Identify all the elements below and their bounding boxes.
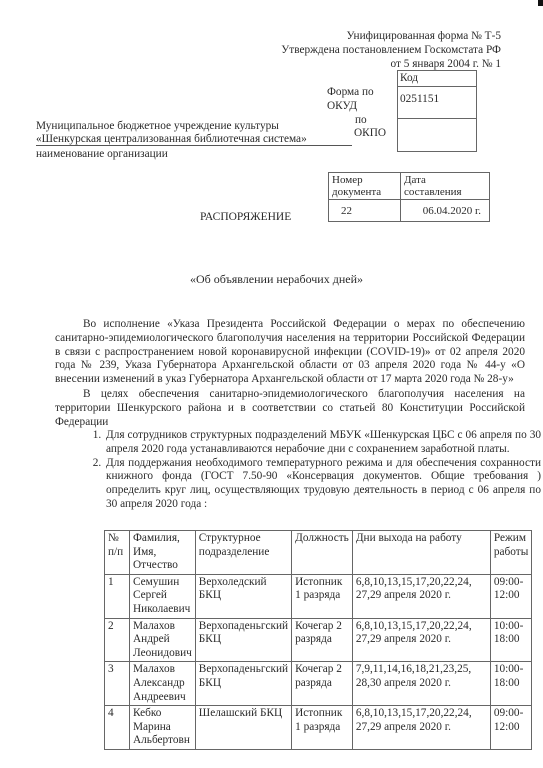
cell-workdays: 6,8,10,13,15,17,20,22,24, 27,29 апреля 2… [352, 706, 490, 750]
cell-schedule: 09:00-12:00 [490, 574, 531, 618]
order-item: Для сотрудников структурных подразделени… [104, 429, 541, 457]
okud-label-2: ОКУД [327, 100, 357, 112]
cell-department: Верхоледский БКЦ [195, 574, 291, 618]
table-header-row: № п/п Фамилия, Имя, Отчество Структурное… [105, 531, 532, 575]
form-header-line3: от 5 января 2004 г. № 1 [390, 58, 501, 70]
order-item: Для поддержания необходимого температурн… [104, 457, 541, 512]
cell-schedule: 09:00-12:00 [490, 706, 531, 750]
col-schedule: Режим работы [490, 531, 531, 575]
form-header-line2: Утверждена постановлением Госкомстата РФ [281, 44, 501, 56]
number-label-1: Номер [332, 174, 363, 186]
cell-position: Кочегар 2 разряда [292, 618, 353, 662]
codes-box: Код 0251151 [397, 70, 477, 152]
cell-name: Малахов Александр Андреевич [130, 662, 196, 706]
table-row: 3 Малахов Александр Андреевич Верхопаден… [105, 662, 532, 706]
org-name-line1: Муниципальное бюджетное учреждение культ… [36, 120, 279, 132]
cell-workdays: 6,8,10,13,15,17,20,22,24, 27,29 апреля 2… [352, 574, 490, 618]
paragraph-2: В целях обеспечения санитарно-эпидемиоло… [55, 388, 525, 429]
document-number: 22 [329, 200, 401, 222]
org-caption: наименование организации [36, 148, 168, 160]
cell-number: 3 [105, 662, 130, 706]
document-number-table: Номер документа Дата составления 22 06.0… [328, 172, 490, 222]
table-row: 2 Малахов Андрей Леонидович Верхопаденьг… [105, 618, 532, 662]
cell-schedule: 10:00-18:00 [490, 618, 531, 662]
okpo-value [398, 119, 476, 151]
order-items: Для сотрудников структурных подразделени… [88, 429, 541, 512]
table-row: 1 Семушин Сергей Николаевич Верхоледский… [105, 574, 532, 618]
cell-name: Кебко Марина Альбертовн [130, 706, 196, 750]
cell-number: 4 [105, 706, 130, 750]
cell-number: 2 [105, 618, 130, 662]
okpo-label-1: по [355, 114, 367, 126]
staff-table: № п/п Фамилия, Имя, Отчество Структурное… [104, 530, 532, 750]
cell-name: Малахов Андрей Леонидович [130, 618, 196, 662]
form-header-line1: Унифицированная форма № Т-5 [347, 30, 501, 42]
table-row: 4 Кебко Марина Альбертовн Шелашский БКЦ … [105, 706, 532, 750]
scan-corner-mark [538, 0, 543, 6]
cell-position: Кочегар 2 разряда [292, 662, 353, 706]
cell-name: Семушин Сергей Николаевич [130, 574, 196, 618]
cell-position: Истопник 1 разряда [292, 706, 353, 750]
okud-value: 0251151 [398, 87, 476, 119]
col-number: № п/п [105, 531, 130, 575]
paragraph-1: Во исполнение «Указа Президента Российск… [55, 318, 525, 387]
okpo-label-2: ОКПО [354, 127, 386, 139]
cell-workdays: 7,9,11,14,16,18,21,23,25, 28,30 апреля 2… [352, 662, 490, 706]
cell-number: 1 [105, 574, 130, 618]
cell-workdays: 6,8,10,13,15,17,20,22,24, 27,29 апреля 2… [352, 618, 490, 662]
cell-schedule: 10:00-18:00 [490, 662, 531, 706]
paragraph-2-text: В целях обеспечения санитарно-эпидемиоло… [55, 388, 525, 428]
document-type: РАСПОРЯЖЕНИЕ [200, 211, 291, 223]
org-name-line2: «Шенкурская централизованная библиотечна… [36, 133, 352, 146]
col-name: Фамилия, Имя, Отчество [130, 531, 196, 575]
col-position: Должность [292, 531, 353, 575]
date-label: Дата составления [401, 173, 490, 200]
number-label: Номер документа [329, 173, 401, 200]
kod-label: Код [398, 71, 476, 87]
cell-department: Верхопаденьгский БКЦ [195, 662, 291, 706]
col-workdays: Дни выхода на работу [352, 531, 490, 575]
col-department: Структурное подразделение [195, 531, 291, 575]
number-label-2: документа [332, 186, 381, 198]
cell-department: Шелашский БКЦ [195, 706, 291, 750]
cell-department: Верхопаденьгский БКЦ [195, 618, 291, 662]
document-title: «Об объявлении нерабочих дней» [190, 272, 363, 287]
okud-label-1: Форма по [327, 86, 374, 98]
paragraph-1-text: Во исполнение «Указа Президента Российск… [55, 318, 525, 385]
cell-position: Истопник 1 разряда [292, 574, 353, 618]
document-date: 06.04.2020 г. [401, 200, 490, 222]
